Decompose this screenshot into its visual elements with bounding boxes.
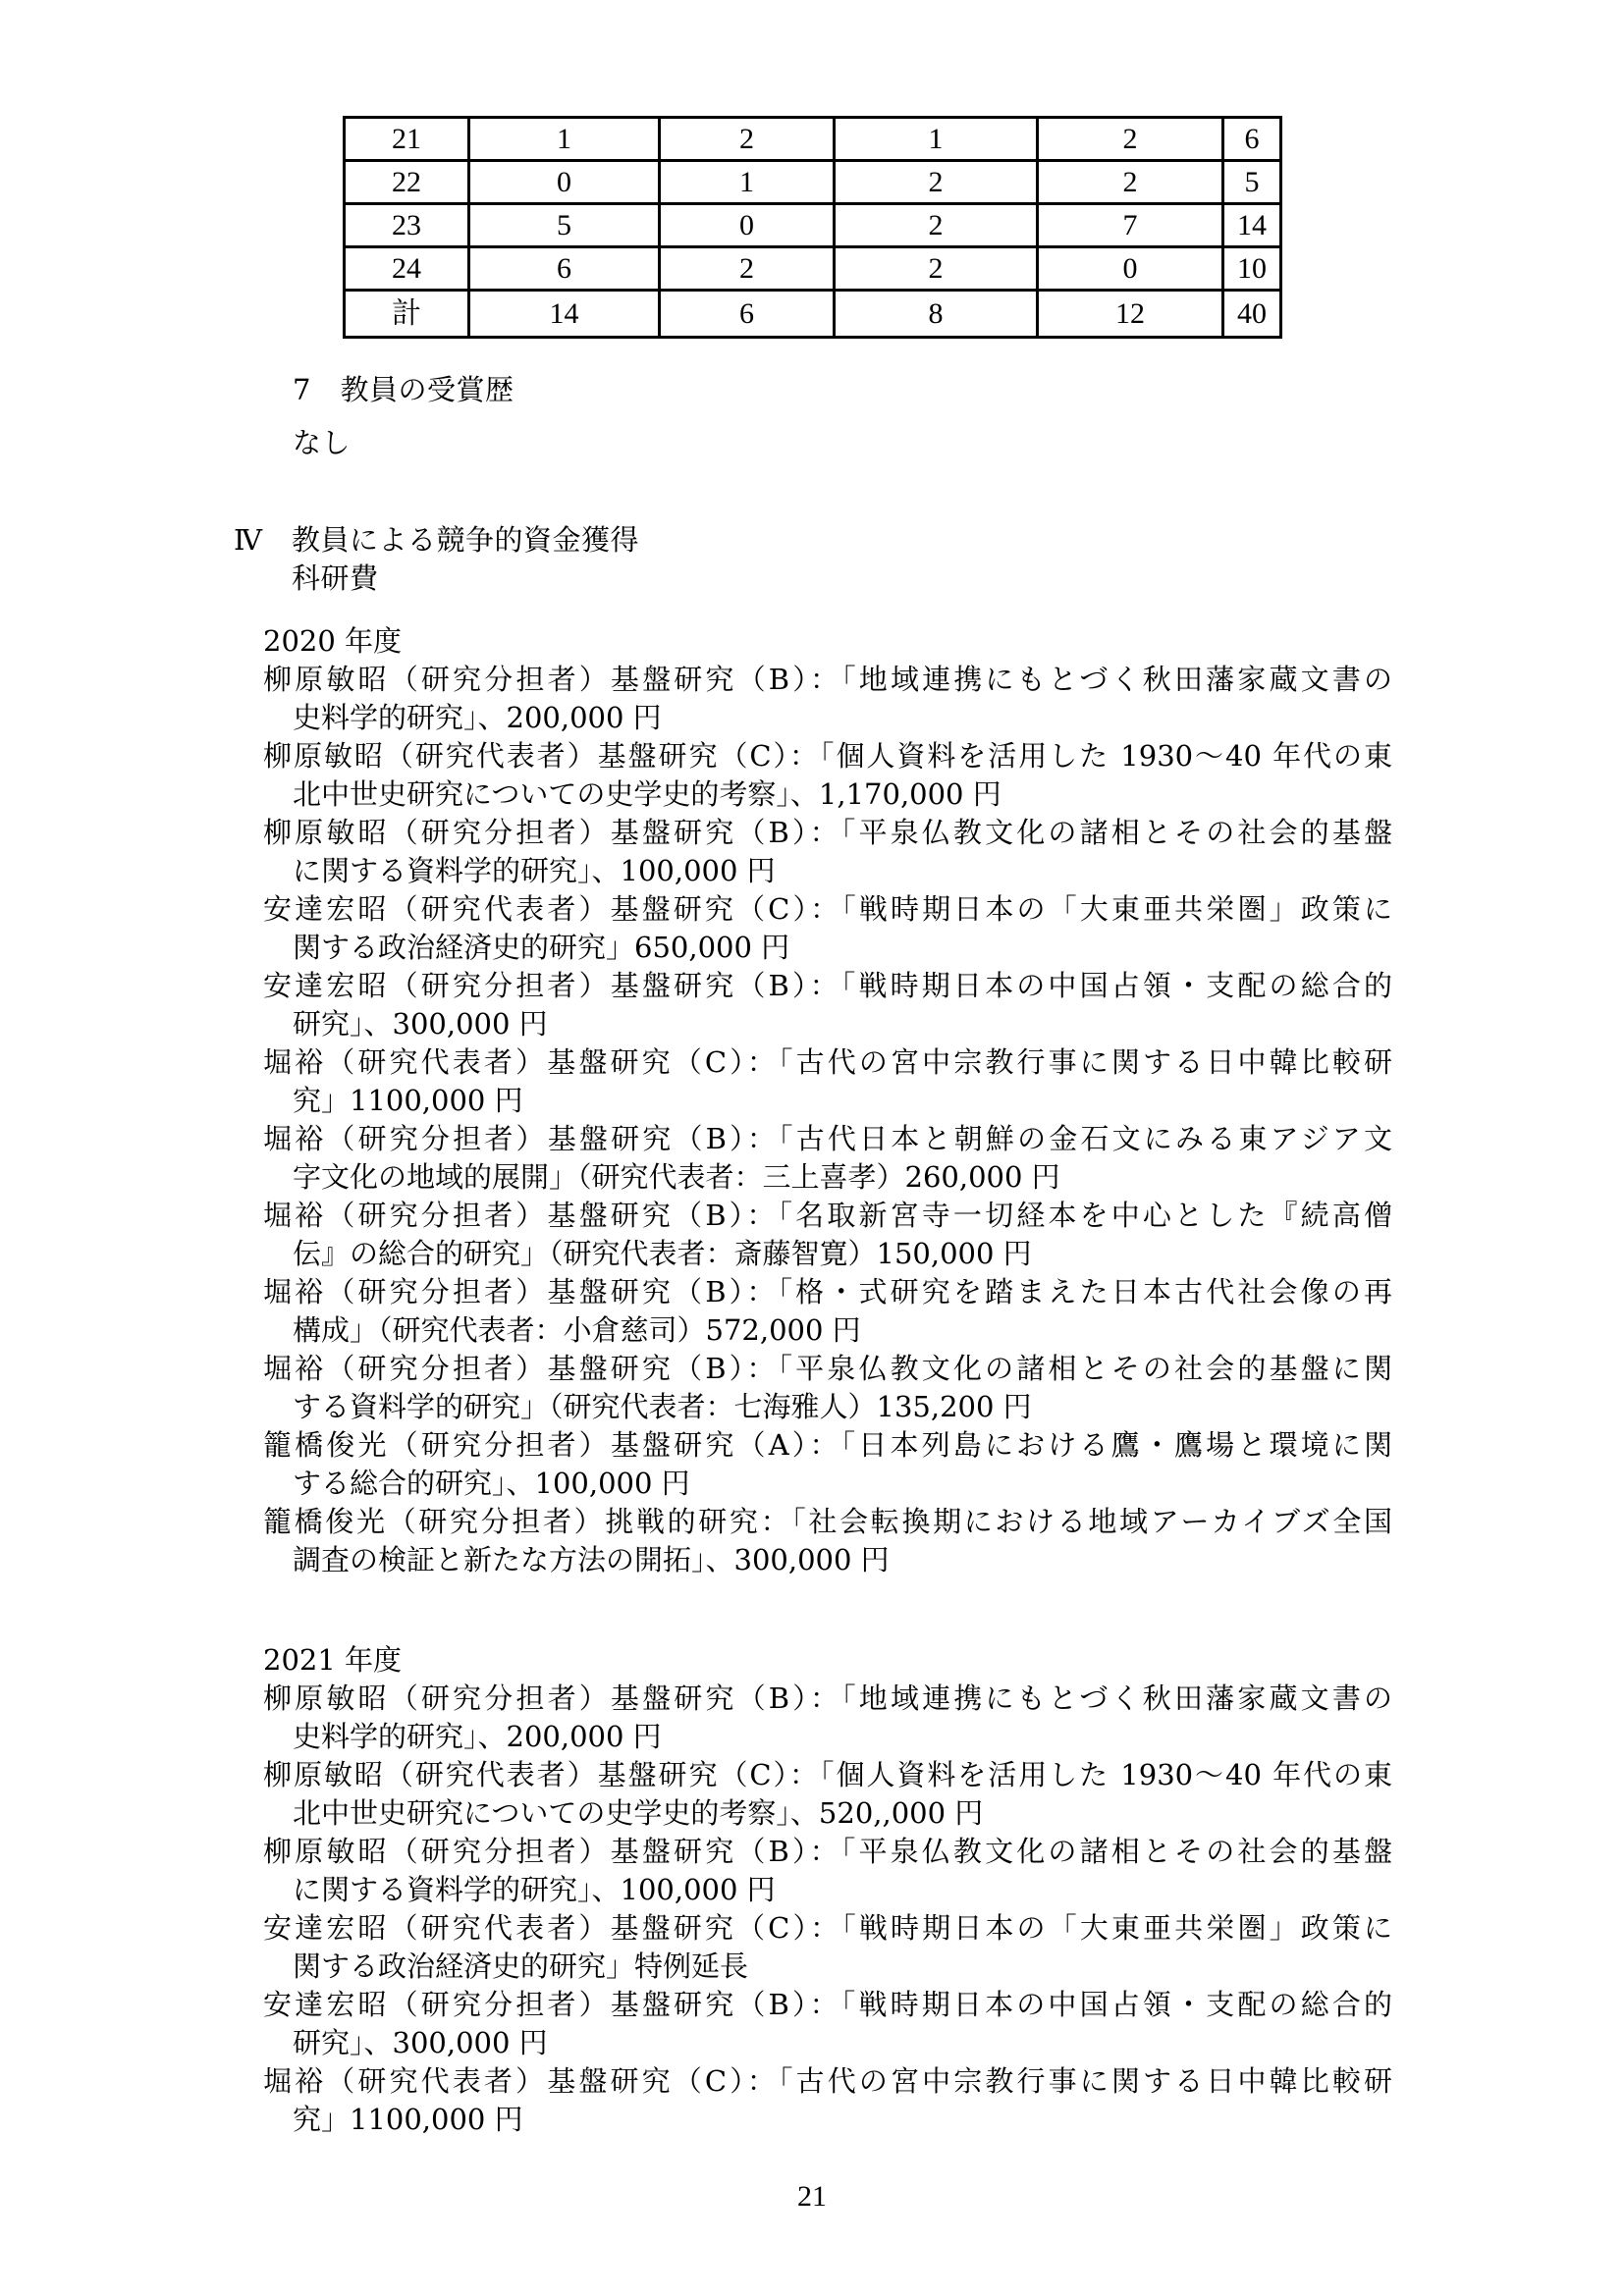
- table-row: 23 5 0 2 7 14: [345, 204, 1281, 247]
- grant-entry: 堀裕（研究代表者）基盤研究（C）：「古代の宮中宗教行事に関する日中韓比較研 究」…: [263, 2062, 1402, 2139]
- grant-entry-line1: 籠橋俊光（研究分担者）挑戦的研究：「社会転換期における地域アーカイブズ全国: [263, 1503, 1392, 1541]
- grant-entry-line2: 伝』の総合的研究」（研究代表者：斎藤智寛）150,000 円: [263, 1235, 1402, 1273]
- grant-entry-line1: 堀裕（研究分担者）基盤研究（B）：「格・式研究を踏まえた日本古代社会像の再: [263, 1273, 1392, 1311]
- grant-entry-line2: 調査の検証と新たな方法の開拓」、300,000 円: [263, 1541, 1402, 1579]
- row-total-cell: 5: [1223, 161, 1281, 204]
- row-label: 23: [345, 204, 469, 247]
- table-cell: 0: [660, 204, 835, 247]
- grant-entry-line1: 堀裕（研究分担者）基盤研究（B）：「平泉仏教文化の諸相とその社会的基盤に関: [263, 1350, 1392, 1388]
- grant-entry: 堀裕（研究分担者）基盤研究（B）：「平泉仏教文化の諸相とその社会的基盤に関 する…: [263, 1350, 1402, 1426]
- grant-entry: 籠橋俊光（研究分担者）挑戦的研究：「社会転換期における地域アーカイブズ全国 調査…: [263, 1503, 1402, 1579]
- grant-entry-line1: 柳原敏昭（研究代表者）基盤研究（C）：「個人資料を活用した 1930～40 年代…: [263, 737, 1392, 775]
- table-cell: 8: [835, 291, 1038, 338]
- table-row: 24 6 2 2 0 10: [345, 247, 1281, 291]
- grant-entry-line2: 究」1100,000 円: [263, 2101, 1402, 2139]
- grant-entry-line1: 安達宏昭（研究分担者）基盤研究（B）：「戦時期日本の中国占領・支配の総合的: [263, 1986, 1392, 2024]
- grant-entry-line1: 柳原敏昭（研究分担者）基盤研究（B）：「平泉仏教文化の諸相とその社会的基盤: [263, 814, 1392, 852]
- table-cell: 2: [835, 204, 1038, 247]
- section-7-heading: 7 教員の受賞歴: [293, 371, 514, 409]
- grand-total-cell: 40: [1223, 291, 1281, 338]
- row-label: 22: [345, 161, 469, 204]
- table-row: 22 0 1 2 2 5: [345, 161, 1281, 204]
- row-label: 計: [345, 291, 469, 338]
- grant-entry-line1: 安達宏昭（研究分担者）基盤研究（B）：「戦時期日本の中国占領・支配の総合的: [263, 967, 1392, 1005]
- table-cell: 7: [1038, 204, 1223, 247]
- row-label: 24: [345, 247, 469, 291]
- year-label: 2021 年度: [263, 1641, 1402, 1680]
- grant-entry-line2: 北中世史研究についての史学史的考察」、1,170,000 円: [263, 775, 1402, 814]
- grant-entry-line2: 関する政治経済史的研究」650,000 円: [263, 929, 1402, 967]
- year-block-2020: 2020 年度 柳原敏昭（研究分担者）基盤研究（B）：「地域連携にもとづく秋田藩…: [263, 622, 1402, 1579]
- grant-entry: 安達宏昭（研究代表者）基盤研究（C）：「戦時期日本の「大東亜共栄圏」政策に 関す…: [263, 1909, 1402, 1986]
- section-7-content: なし: [293, 424, 351, 462]
- page-number: 21: [0, 2177, 1624, 2216]
- section-4-subheading: 科研費: [292, 560, 379, 598]
- grant-entry: 堀裕（研究分担者）基盤研究（B）：「古代日本と朝鮮の金石文にみる東アジア文 字文…: [263, 1120, 1402, 1197]
- grant-entry-line1: 安達宏昭（研究代表者）基盤研究（C）：「戦時期日本の「大東亜共栄圏」政策に: [263, 1909, 1392, 1948]
- grant-entry-line2: 字文化の地域的展開」（研究代表者：三上喜孝）260,000 円: [263, 1158, 1402, 1197]
- table-cell: 0: [1038, 247, 1223, 291]
- grant-entry: 堀裕（研究分担者）基盤研究（B）：「名取新宮寺一切経本を中心とした『続高僧 伝』…: [263, 1197, 1402, 1273]
- grant-entry: 柳原敏昭（研究分担者）基盤研究（B）：「地域連携にもとづく秋田藩家蔵文書の 史料…: [263, 1680, 1402, 1756]
- table-cell: 2: [660, 247, 835, 291]
- table-cell: 0: [469, 161, 660, 204]
- grant-entry-line2: に関する資料学的研究」、100,000 円: [263, 1871, 1402, 1909]
- grant-entry-line2: 関する政治経済史的研究」特例延長: [263, 1948, 1402, 1986]
- grant-entry-line1: 堀裕（研究代表者）基盤研究（C）：「古代の宮中宗教行事に関する日中韓比較研: [263, 1043, 1392, 1082]
- table-cell: 2: [660, 118, 835, 161]
- row-total-cell: 6: [1223, 118, 1281, 161]
- table-cell: 6: [660, 291, 835, 338]
- grant-entry-line2: 研究」、300,000 円: [263, 2024, 1402, 2062]
- table-total-row: 計 14 6 8 12 40: [345, 291, 1281, 338]
- table-cell: 12: [1038, 291, 1223, 338]
- grant-entry: 安達宏昭（研究分担者）基盤研究（B）：「戦時期日本の中国占領・支配の総合的 研究…: [263, 1986, 1402, 2062]
- grant-entry-line1: 柳原敏昭（研究代表者）基盤研究（C）：「個人資料を活用した 1930～40 年代…: [263, 1756, 1392, 1794]
- grant-entry: 柳原敏昭（研究分担者）基盤研究（B）：「地域連携にもとづく秋田藩家蔵文書の 史料…: [263, 661, 1402, 737]
- grant-entry: 柳原敏昭（研究代表者）基盤研究（C）：「個人資料を活用した 1930～40 年代…: [263, 737, 1402, 814]
- grant-entry-line1: 堀裕（研究分担者）基盤研究（B）：「古代日本と朝鮮の金石文にみる東アジア文: [263, 1120, 1392, 1158]
- grant-entry: 柳原敏昭（研究分担者）基盤研究（B）：「平泉仏教文化の諸相とその社会的基盤 に関…: [263, 814, 1402, 890]
- table-cell: 2: [1038, 161, 1223, 204]
- table-cell: 2: [835, 161, 1038, 204]
- grant-entry: 安達宏昭（研究分担者）基盤研究（B）：「戦時期日本の中国占領・支配の総合的 研究…: [263, 967, 1402, 1043]
- row-total-cell: 10: [1223, 247, 1281, 291]
- document-page: 21 1 2 1 2 6 22 0 1 2 2 5 23 5 0 2 7: [0, 0, 1624, 2296]
- row-label: 21: [345, 118, 469, 161]
- grant-entry-line1: 堀裕（研究分担者）基盤研究（B）：「名取新宮寺一切経本を中心とした『続高僧: [263, 1197, 1392, 1235]
- grant-entry-line2: 史料学的研究」、200,000 円: [263, 1718, 1402, 1756]
- grant-entry-line1: 堀裕（研究代表者）基盤研究（C）：「古代の宮中宗教行事に関する日中韓比較研: [263, 2062, 1392, 2101]
- grant-entry: 柳原敏昭（研究分担者）基盤研究（B）：「平泉仏教文化の諸相とその社会的基盤 に関…: [263, 1833, 1402, 1909]
- table-cell: 2: [835, 247, 1038, 291]
- grant-entry: 柳原敏昭（研究代表者）基盤研究（C）：「個人資料を活用した 1930～40 年代…: [263, 1756, 1402, 1833]
- section-4-heading: Ⅳ 教員による競争的資金獲得: [234, 521, 639, 560]
- grant-entry-line2: する資料学的研究」（研究代表者：七海雅人）135,200 円: [263, 1388, 1402, 1426]
- table-cell: 1: [835, 118, 1038, 161]
- table-cell: 2: [1038, 118, 1223, 161]
- row-total-cell: 14: [1223, 204, 1281, 247]
- table-cell: 1: [469, 118, 660, 161]
- grant-entry-line2: 北中世史研究についての史学史的考察」、520,,000 円: [263, 1794, 1402, 1833]
- table-cell: 1: [660, 161, 835, 204]
- statistics-table: 21 1 2 1 2 6 22 0 1 2 2 5 23 5 0 2 7: [343, 116, 1282, 339]
- grant-entry-line2: 研究」、300,000 円: [263, 1005, 1402, 1043]
- table-cell: 14: [469, 291, 660, 338]
- grant-entry-line2: 史料学的研究」、200,000 円: [263, 699, 1402, 737]
- year-block-2021: 2021 年度 柳原敏昭（研究分担者）基盤研究（B）：「地域連携にもとづく秋田藩…: [263, 1641, 1402, 2139]
- grant-entry: 籠橋俊光（研究分担者）基盤研究（A）：「日本列島における鷹・鷹場と環境に関 する…: [263, 1426, 1402, 1503]
- grant-entry-line1: 安達宏昭（研究代表者）基盤研究（C）：「戦時期日本の「大東亜共栄圏」政策に: [263, 890, 1392, 929]
- grant-entry-line1: 柳原敏昭（研究分担者）基盤研究（B）：「平泉仏教文化の諸相とその社会的基盤: [263, 1833, 1392, 1871]
- grant-entry-line1: 柳原敏昭（研究分担者）基盤研究（B）：「地域連携にもとづく秋田藩家蔵文書の: [263, 661, 1392, 699]
- grant-entry-line1: 柳原敏昭（研究分担者）基盤研究（B）：「地域連携にもとづく秋田藩家蔵文書の: [263, 1680, 1392, 1718]
- grant-entry: 安達宏昭（研究代表者）基盤研究（C）：「戦時期日本の「大東亜共栄圏」政策に 関す…: [263, 890, 1402, 967]
- grant-entry-line2: に関する資料学的研究」、100,000 円: [263, 852, 1402, 890]
- grant-entry-line2: 究」1100,000 円: [263, 1082, 1402, 1120]
- grant-entry: 堀裕（研究分担者）基盤研究（B）：「格・式研究を踏まえた日本古代社会像の再 構成…: [263, 1273, 1402, 1350]
- table-cell: 6: [469, 247, 660, 291]
- table-row: 21 1 2 1 2 6: [345, 118, 1281, 161]
- grant-entry-line2: する総合的研究」、100,000 円: [263, 1465, 1402, 1503]
- year-label: 2020 年度: [263, 622, 1402, 661]
- grant-entry-line1: 籠橋俊光（研究分担者）基盤研究（A）：「日本列島における鷹・鷹場と環境に関: [263, 1426, 1392, 1465]
- grant-entry: 堀裕（研究代表者）基盤研究（C）：「古代の宮中宗教行事に関する日中韓比較研 究」…: [263, 1043, 1402, 1120]
- table-cell: 5: [469, 204, 660, 247]
- grant-entry-line2: 構成」（研究代表者：小倉慈司）572,000 円: [263, 1311, 1402, 1350]
